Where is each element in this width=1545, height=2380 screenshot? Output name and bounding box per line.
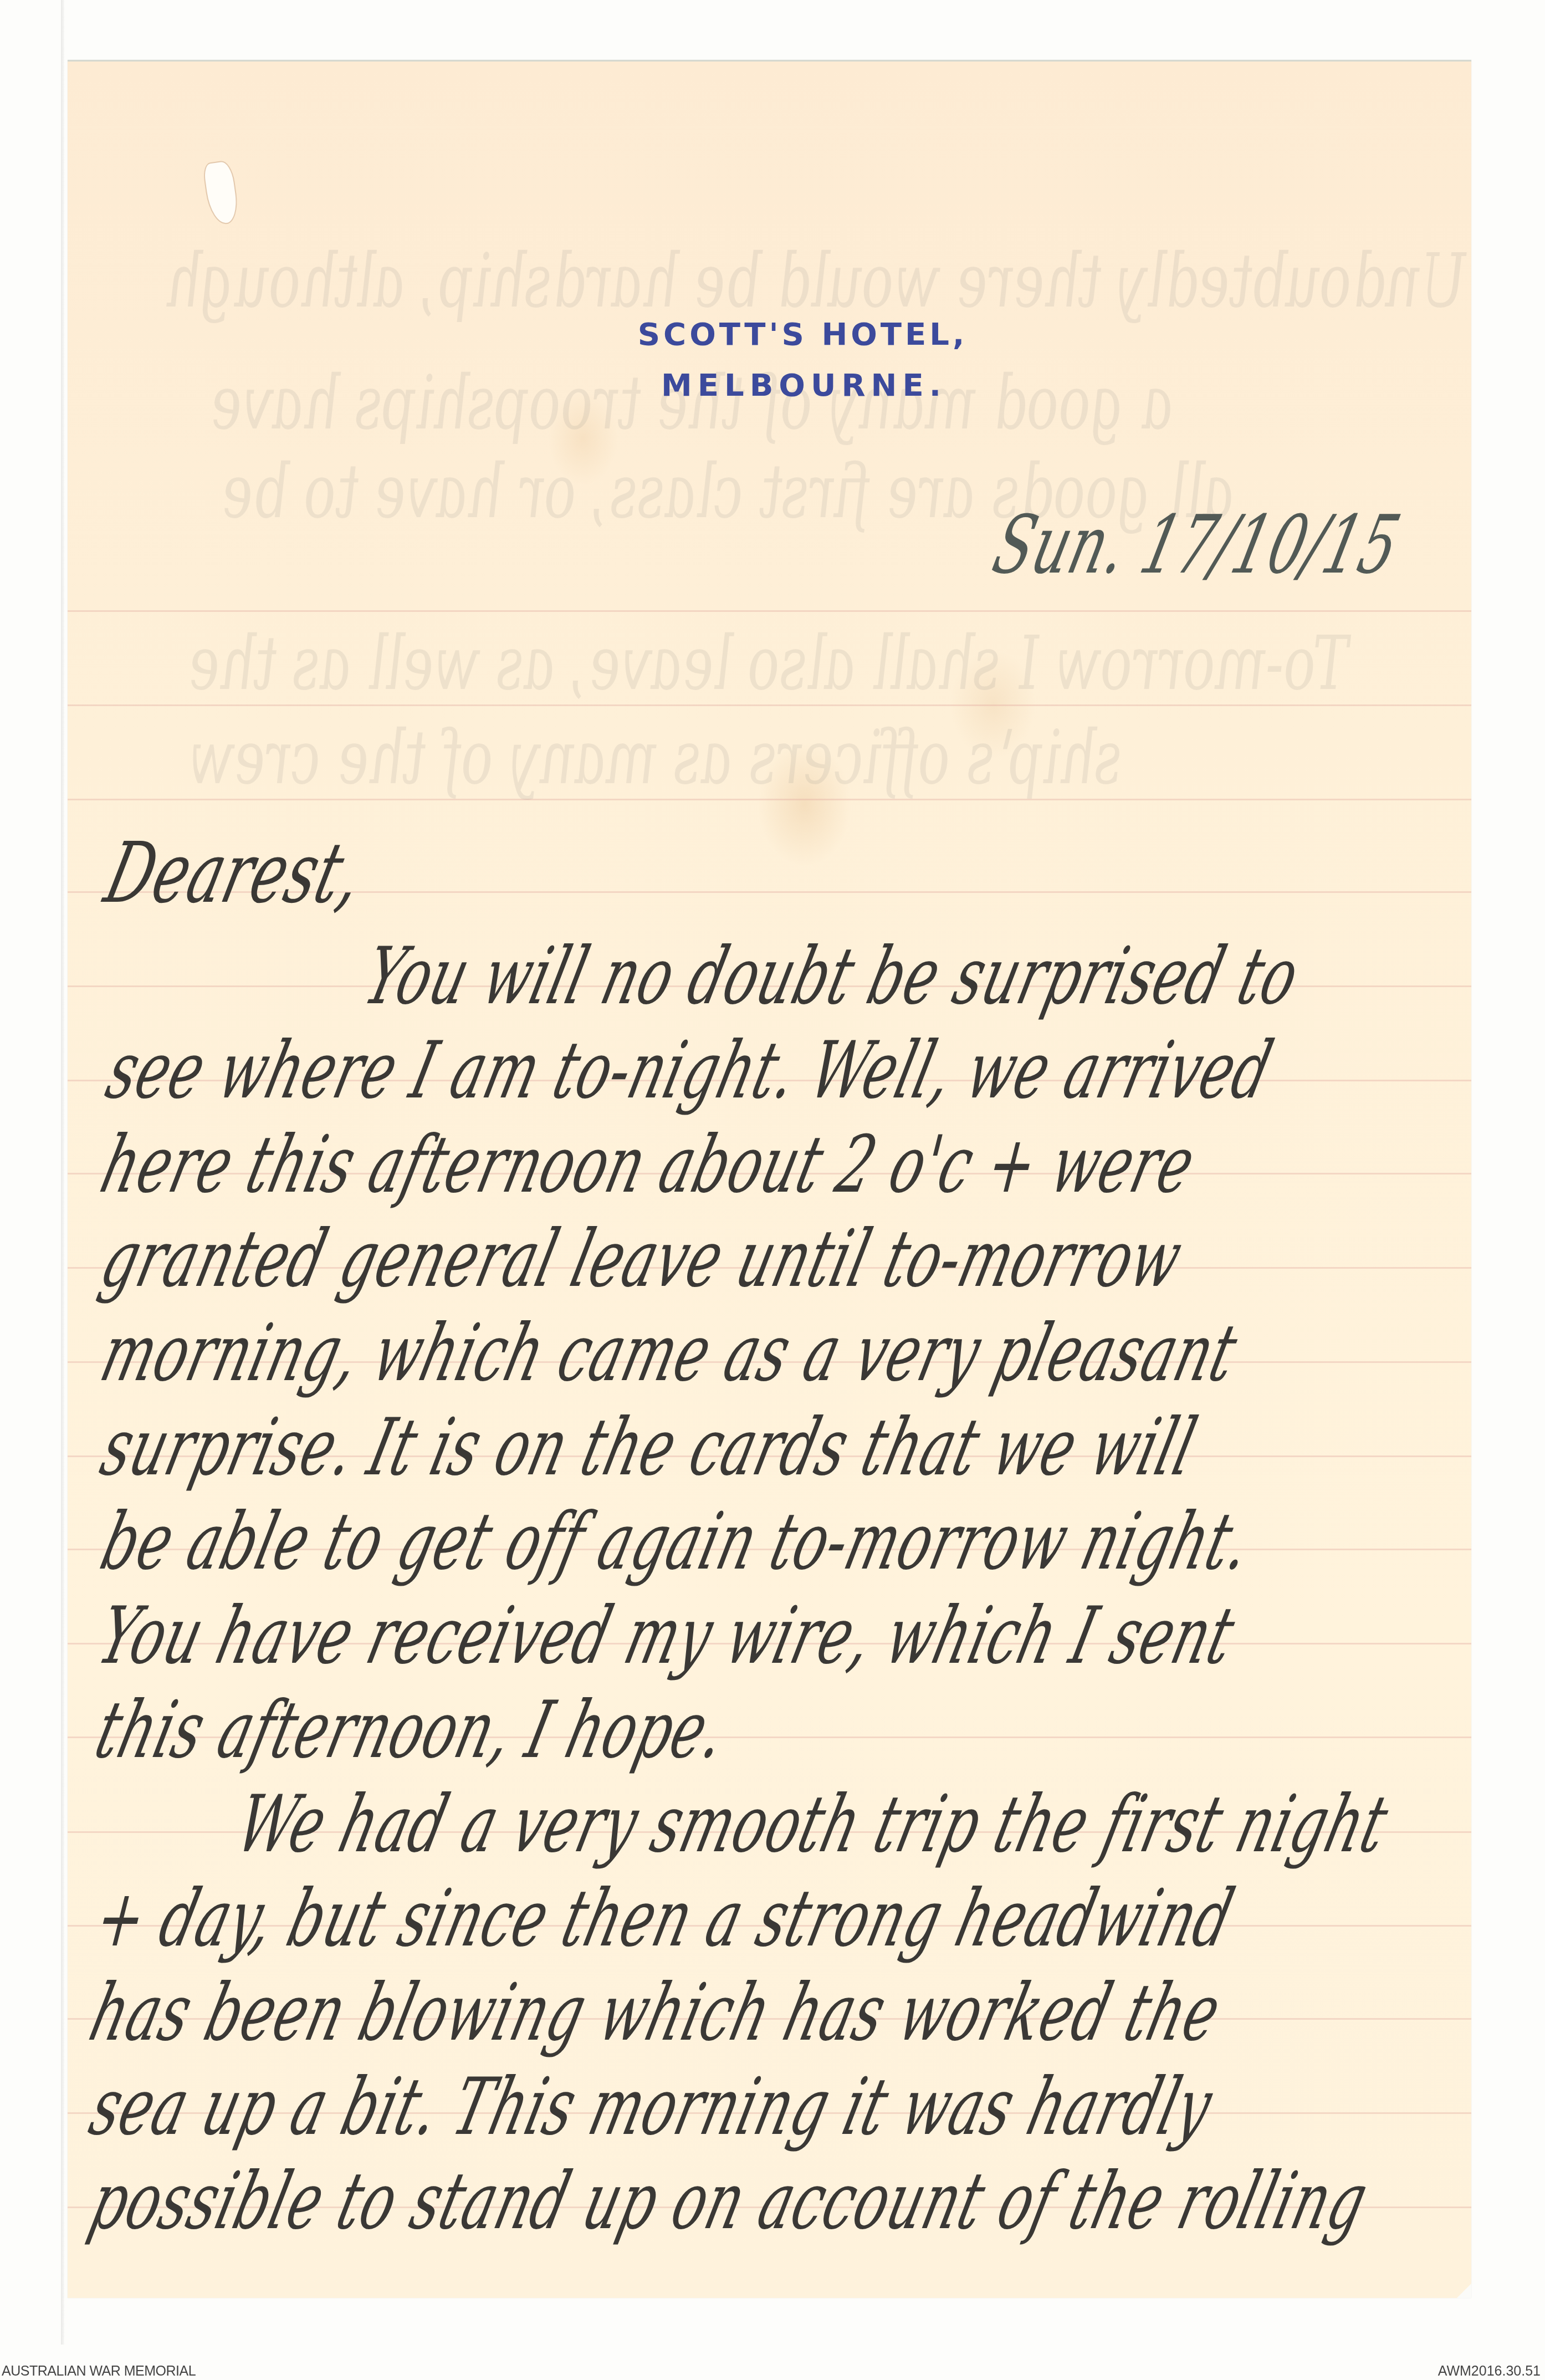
accession-number: AWM2016.30.51 (1438, 2363, 1541, 2379)
body-line: You have received my wire, which I sent (90, 1591, 1244, 1682)
body-line: morning, which came as a very pleasant (93, 1308, 1246, 1400)
body-line: We had a very smooth trip the first nigh… (228, 1779, 1397, 1871)
folded-corner (1457, 2284, 1471, 2298)
ruled-line (68, 610, 1471, 612)
body-line: this afternoon, I hope. (87, 1685, 735, 1776)
bleed-through-text: To-morrow I shall also leave, as well as… (178, 620, 1359, 707)
salutation: Dearest, (96, 824, 373, 922)
institution-credit: AUSTRALIAN WAR MEMORIAL (2, 2363, 196, 2379)
bleed-through-text: Undoubtedly there would be hardship, alt… (156, 238, 1476, 325)
bleed-through-text: ship's officers as many of the crew (178, 714, 1133, 801)
body-line: here this afternoon about 2 o'c + were (93, 1120, 1204, 1211)
body-line: has been blowing which has worked the (81, 1968, 1229, 2059)
punch-hole (202, 160, 240, 226)
body-line: surprise. It is on the cards that we wil… (93, 1402, 1205, 1494)
scan-edge (61, 0, 64, 2345)
body-line: be able to get off again to-morrow night… (93, 1497, 1260, 1588)
body-line: granted general leave until to-morrow (93, 1214, 1191, 1305)
body-line: + day, but since then a strong headwind (87, 1873, 1242, 1965)
letter-sheet: Undoubtedly there would be hardship, alt… (68, 60, 1471, 2298)
letterhead-hotel-name: SCOTT'S HOTEL, (101, 316, 1505, 353)
body-line: see where I am to-night. Well, we arrive… (98, 1025, 1281, 1117)
letterhead-city: MELBOURNE. (102, 367, 1506, 404)
body-line: sea up a bit. This morning it was hardly (81, 2062, 1221, 2153)
letter-date: Sun. 17/10/15 (985, 498, 1409, 592)
body-line: You will no doubt be surprised to (356, 931, 1308, 1023)
body-line: possible to stand up on account of the r… (81, 2156, 1377, 2248)
